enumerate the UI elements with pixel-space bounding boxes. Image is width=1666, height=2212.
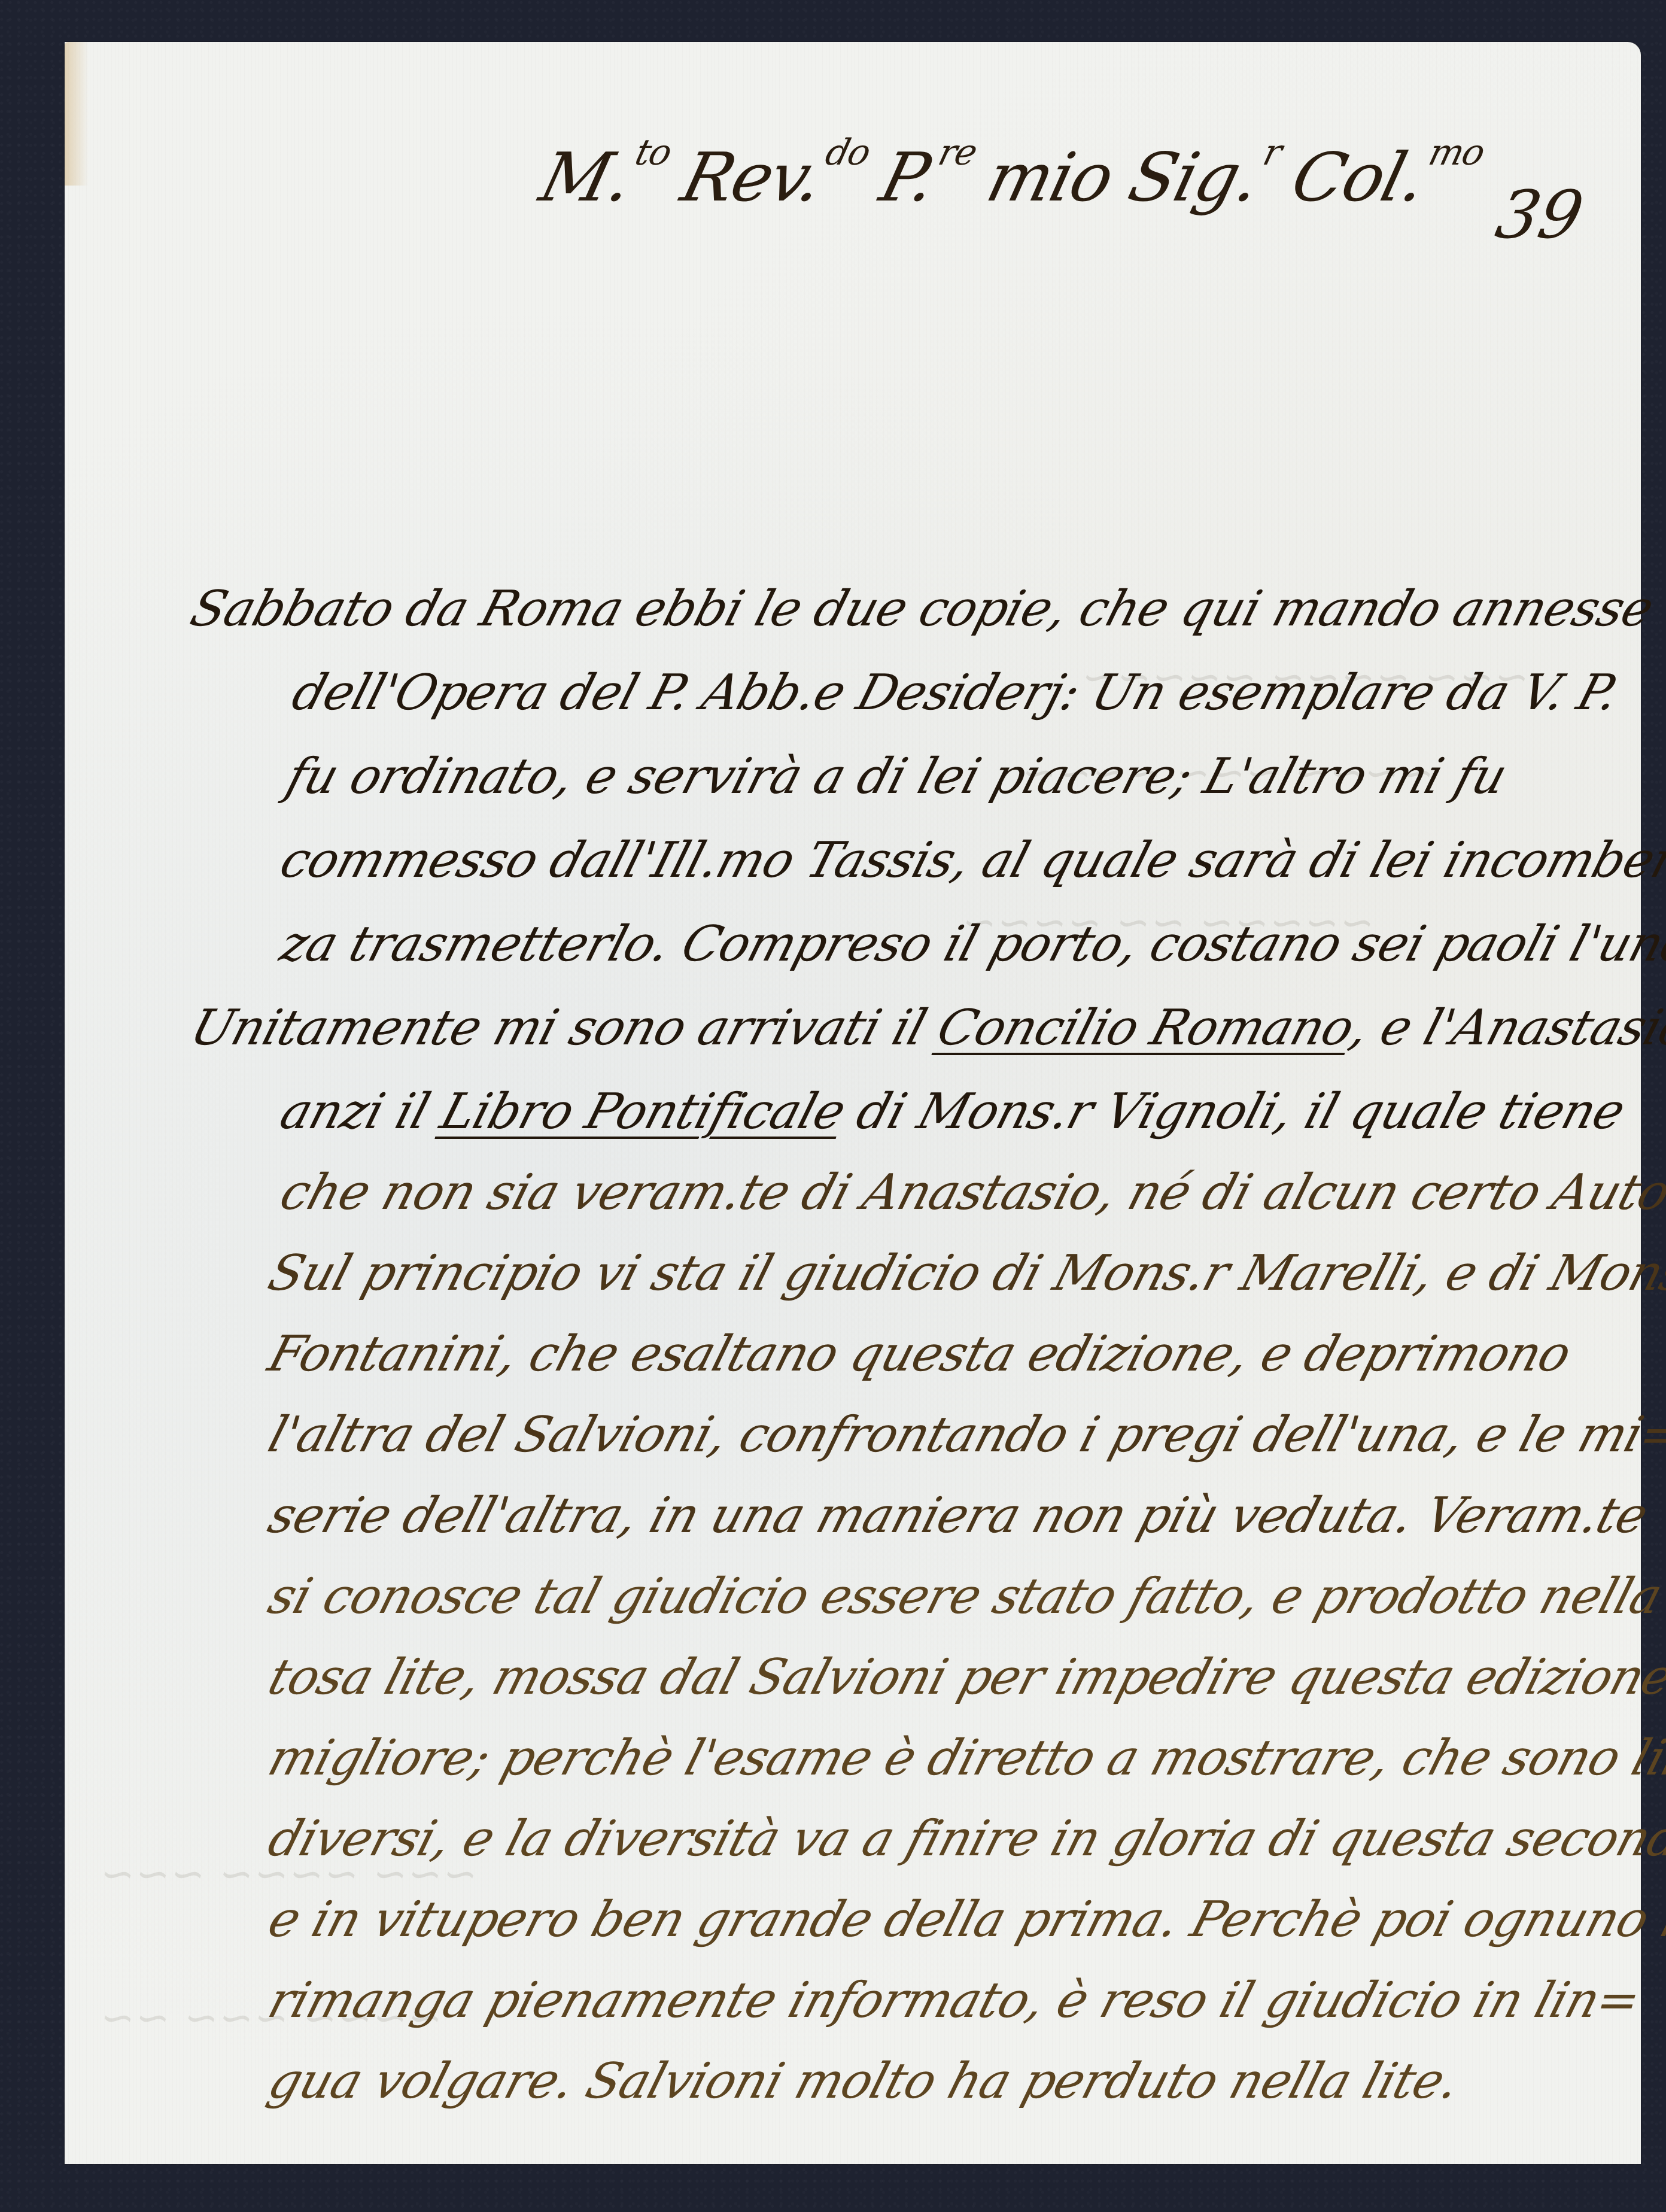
letter-line: dell'Opera del P. Abb.e Desiderj: Un ese…: [286, 664, 1625, 721]
manuscript-page: ~~~ ~~~~ ~~~~~ ~~~~ ~~~ ~~~~ ~~~~~ ~~ ~~…: [65, 42, 1641, 2164]
foxing-stain: [65, 42, 89, 186]
letter-line: l'altra del Salvioni, confrontando i pre…: [262, 1406, 1666, 1463]
letter-line: e in vitupero ben grande della prima. Pe…: [262, 1891, 1666, 1948]
underlined-title: Libro Pontificale: [434, 1083, 852, 1140]
letter-line: che non sia veram.te di Anastasio, né di…: [274, 1164, 1666, 1221]
letter-line: Sul principio vi sta il giudicio di Mons…: [262, 1245, 1666, 1302]
letter-line: Unitamente mi sono arrivati il Concilio …: [184, 999, 1666, 1056]
letter-line: Fontanini, che esaltano questa edizione,…: [262, 1326, 1577, 1382]
letter-line: diversi, e la diversità va a finire in g…: [262, 1810, 1666, 1867]
folio-number: 39: [1489, 177, 1589, 253]
letter-line: si conosce tal giudicio essere stato fat…: [262, 1568, 1666, 1625]
underlined-title: Concilio Romano: [931, 999, 1360, 1056]
letter-line: gua volgare. Salvioni molto ha perduto n…: [262, 2053, 1466, 2110]
letter-line: commesso dall'Ill.mo Tassis, al quale sa…: [274, 832, 1666, 889]
letter-line: za trasmetterlo. Compreso il porto, cost…: [274, 916, 1666, 973]
letter-line: Sabbato da Roma ebbi le due copie, che q…: [184, 581, 1659, 637]
letter-line: tosa lite, mossa dal Salvioni per impedi…: [262, 1649, 1666, 1706]
letter-line: fu ordinato, e servirà a di lei piacere;…: [280, 748, 1513, 805]
letter-line: anzi il Libro Pontificale di Mons.r Vign…: [274, 1083, 1631, 1140]
letter-line: rimanga pienamente informato, è reso il …: [262, 1972, 1646, 2029]
letter-line: serie dell'altra, in una maniera non più…: [262, 1487, 1654, 1544]
letter-line: migliore; perchè l'esame è diretto a mos…: [262, 1730, 1666, 1786]
salutation-heading: M.to Rev.do P.re mio Sig.r Col.mo: [533, 132, 1488, 217]
